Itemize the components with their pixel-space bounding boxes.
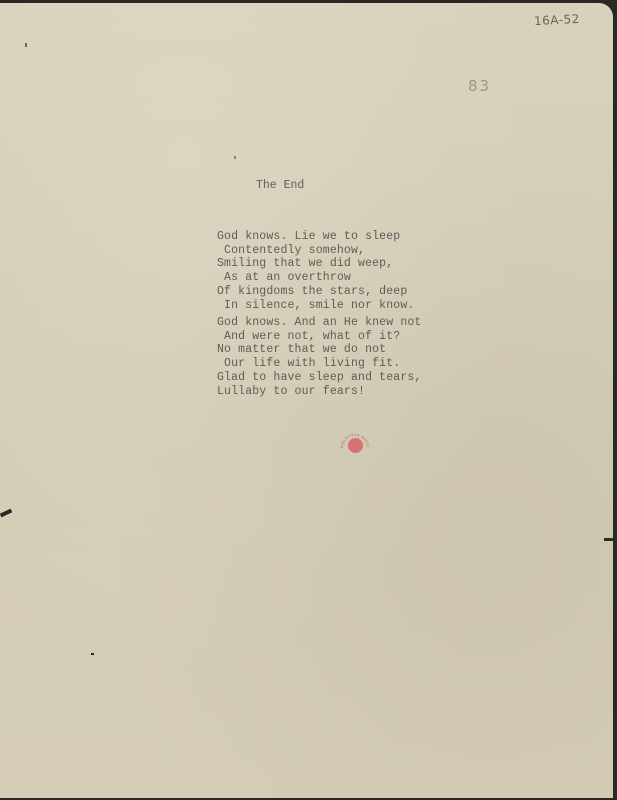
stanza-1: God knows. Lie we to sleep Contentedly s…: [217, 230, 414, 312]
paper-tear-mark: [604, 538, 613, 541]
poem-line: Glad to have sleep and tears,: [217, 371, 421, 385]
poem-line: Of kingdoms the stars, deep: [217, 285, 414, 299]
poem-line: Contentedly somehow,: [217, 244, 414, 258]
poem-line: No matter that we do not: [217, 343, 421, 357]
poem-line: God knows. And an He knew not: [217, 316, 421, 330]
paper-speck: [91, 653, 94, 655]
stamp-dot: [348, 438, 363, 453]
stanza-2: God knows. And an He knew not And were n…: [217, 316, 421, 398]
poem-line: And were not, what of it?: [217, 330, 421, 344]
archive-id-annotation: 16A-52: [534, 12, 580, 28]
poem-line: In silence, smile nor know.: [217, 299, 414, 313]
paper-tear-mark: [0, 509, 12, 518]
paper-speck: [25, 43, 27, 47]
poem-line: Our life with living fit.: [217, 357, 421, 371]
paper-speck: [234, 156, 236, 159]
library-stamp: BIBLIOTECA NACIONAL: [338, 426, 372, 460]
poem-line: Smiling that we did weep,: [217, 257, 414, 271]
poem-title: The End: [256, 179, 304, 192]
scanned-page: 16A-52 83 The End God knows. Lie we to s…: [0, 3, 613, 798]
poem-line: God knows. Lie we to sleep: [217, 230, 414, 244]
poem-line: As at an overthrow: [217, 271, 414, 285]
page-number-annotation: 83: [468, 77, 491, 95]
poem-line: Lullaby to our fears!: [217, 385, 421, 399]
